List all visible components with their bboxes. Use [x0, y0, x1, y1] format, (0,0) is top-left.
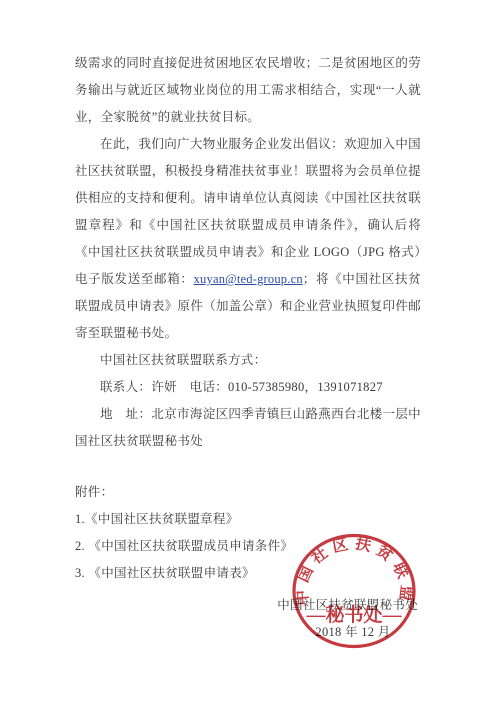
paragraph-invitation-text-before: 在此，我们向广大物业服务企业发出倡议：欢迎加入中国社区扶贫联盟，积极投身精准扶贫… [75, 137, 421, 286]
contact-person-line: 联系人：许妍 电话：010-57385980，1391071827 [75, 374, 421, 401]
paragraph-invitation: 在此，我们向广大物业服务企业发出倡议：欢迎加入中国社区扶贫联盟，积极投身精准扶贫… [75, 131, 421, 347]
document-page: 级需求的同时直接促进贫困地区农民增收；二是贫困地区的劳务输出与就近区域物业岗位的… [0, 0, 499, 706]
email-link[interactable]: xuyan@ted-group.cn [194, 272, 303, 286]
contact-heading: 中国社区扶贫联盟联系方式： [75, 347, 421, 374]
attachments-heading: 附件： [75, 479, 421, 506]
contact-address-line: 地 址：北京市海淀区四季青镇巨山路燕西台北楼一层中国社区扶贫联盟秘书处 [75, 401, 421, 455]
seal-center-text: —秘书处— [305, 603, 402, 626]
seal-arc-text: 中国社区扶贫联盟 [292, 534, 417, 607]
paragraph-continuation: 级需求的同时直接促进贫困地区农民增收；二是贫困地区的劳务输出与就近区域物业岗位的… [75, 50, 421, 131]
official-seal: 中国社区扶贫联盟 —秘书处— [289, 531, 419, 653]
attachment-item-1: 1.《中国社区扶贫联盟章程》 [75, 506, 421, 533]
document-body: 级需求的同时直接促进贫困地区农民增收；二是贫困地区的劳务输出与就近区域物业岗位的… [75, 50, 421, 587]
spacer [75, 455, 421, 479]
